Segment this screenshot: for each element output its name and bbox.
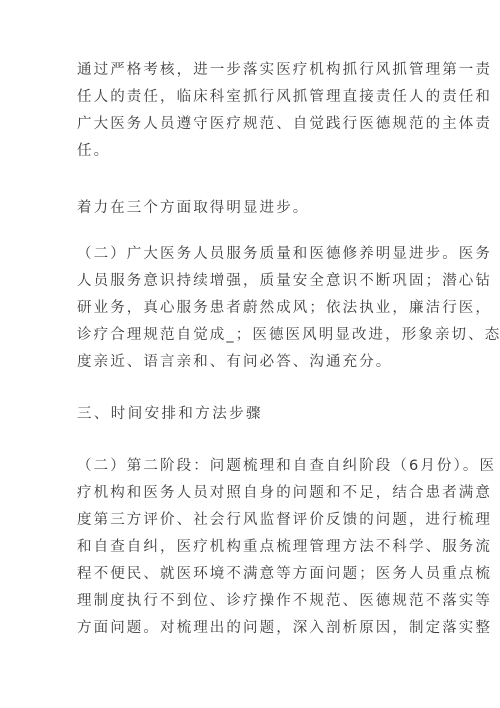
text-line: 任。 [77, 138, 417, 165]
text-line: 诊疗合理规范自觉成_；医德医风明显改进，形象亲切、态 [77, 322, 417, 349]
text-line: 度亲近、语言亲和、有问必答、沟通充分。 [77, 349, 417, 376]
text-line: 度第三方评价、社会行风监督评价反馈的问题，进行梳理 [77, 507, 417, 534]
section-heading: 三、时间安排和方法步骤 [77, 401, 417, 428]
text-line: 理制度执行不到位、诊疗操作不规范、医德规范不落实等 [77, 588, 417, 615]
paragraph-three-aspects: 着力在三个方面取得明显进步。 [77, 195, 417, 222]
paragraph-service-quality: （二）广大医务人员服务质量和医德修养明显进步。医务 人员服务意识持续增强，质量安… [77, 241, 417, 376]
text-line: 疗机构和医务人员对照自身的问题和不足，结合患者满意 [77, 480, 417, 507]
text-line: 着力在三个方面取得明显进步。 [77, 195, 417, 222]
text-line: （二）第二阶段：问题梳理和自查自纠阶段（6月份）。医 [77, 453, 417, 480]
paragraph-phase-two: （二）第二阶段：问题梳理和自查自纠阶段（6月份）。医 疗机构和医务人员对照自身的… [77, 453, 417, 642]
text-line: 通过严格考核，进一步落实医疗机构抓行风抓管理第一责 [77, 57, 417, 84]
text-line: 和自查自纠，医疗机构重点梳理管理方法不科学、服务流 [77, 534, 417, 561]
text-line: （二）广大医务人员服务质量和医德修养明显进步。医务 [77, 241, 417, 268]
text-line: 任人的责任，临床科室抓行风抓管理直接责任人的责任和 [77, 84, 417, 111]
document-page: 通过严格考核，进一步落实医疗机构抓行风抓管理第一责 任人的责任，临床科室抓行风抓… [0, 0, 500, 708]
text-line: 研业务，真心服务患者蔚然成风；依法执业，廉洁行医， [77, 295, 417, 322]
text-line: 方面问题。对梳理出的问题，深入剖析原因，制定落实整 [77, 615, 417, 642]
section-heading-schedule: 三、时间安排和方法步骤 [77, 401, 417, 428]
text-line: 程不便民、就医环境不满意等方面问题；医务人员重点梳 [77, 561, 417, 588]
paragraph-responsibility: 通过严格考核，进一步落实医疗机构抓行风抓管理第一责 任人的责任，临床科室抓行风抓… [77, 57, 417, 165]
text-line: 广大医务人员遵守医疗规范、自觉践行医德规范的主体责 [77, 111, 417, 138]
text-line: 人员服务意识持续增强，质量安全意识不断巩固；潜心钻 [77, 268, 417, 295]
